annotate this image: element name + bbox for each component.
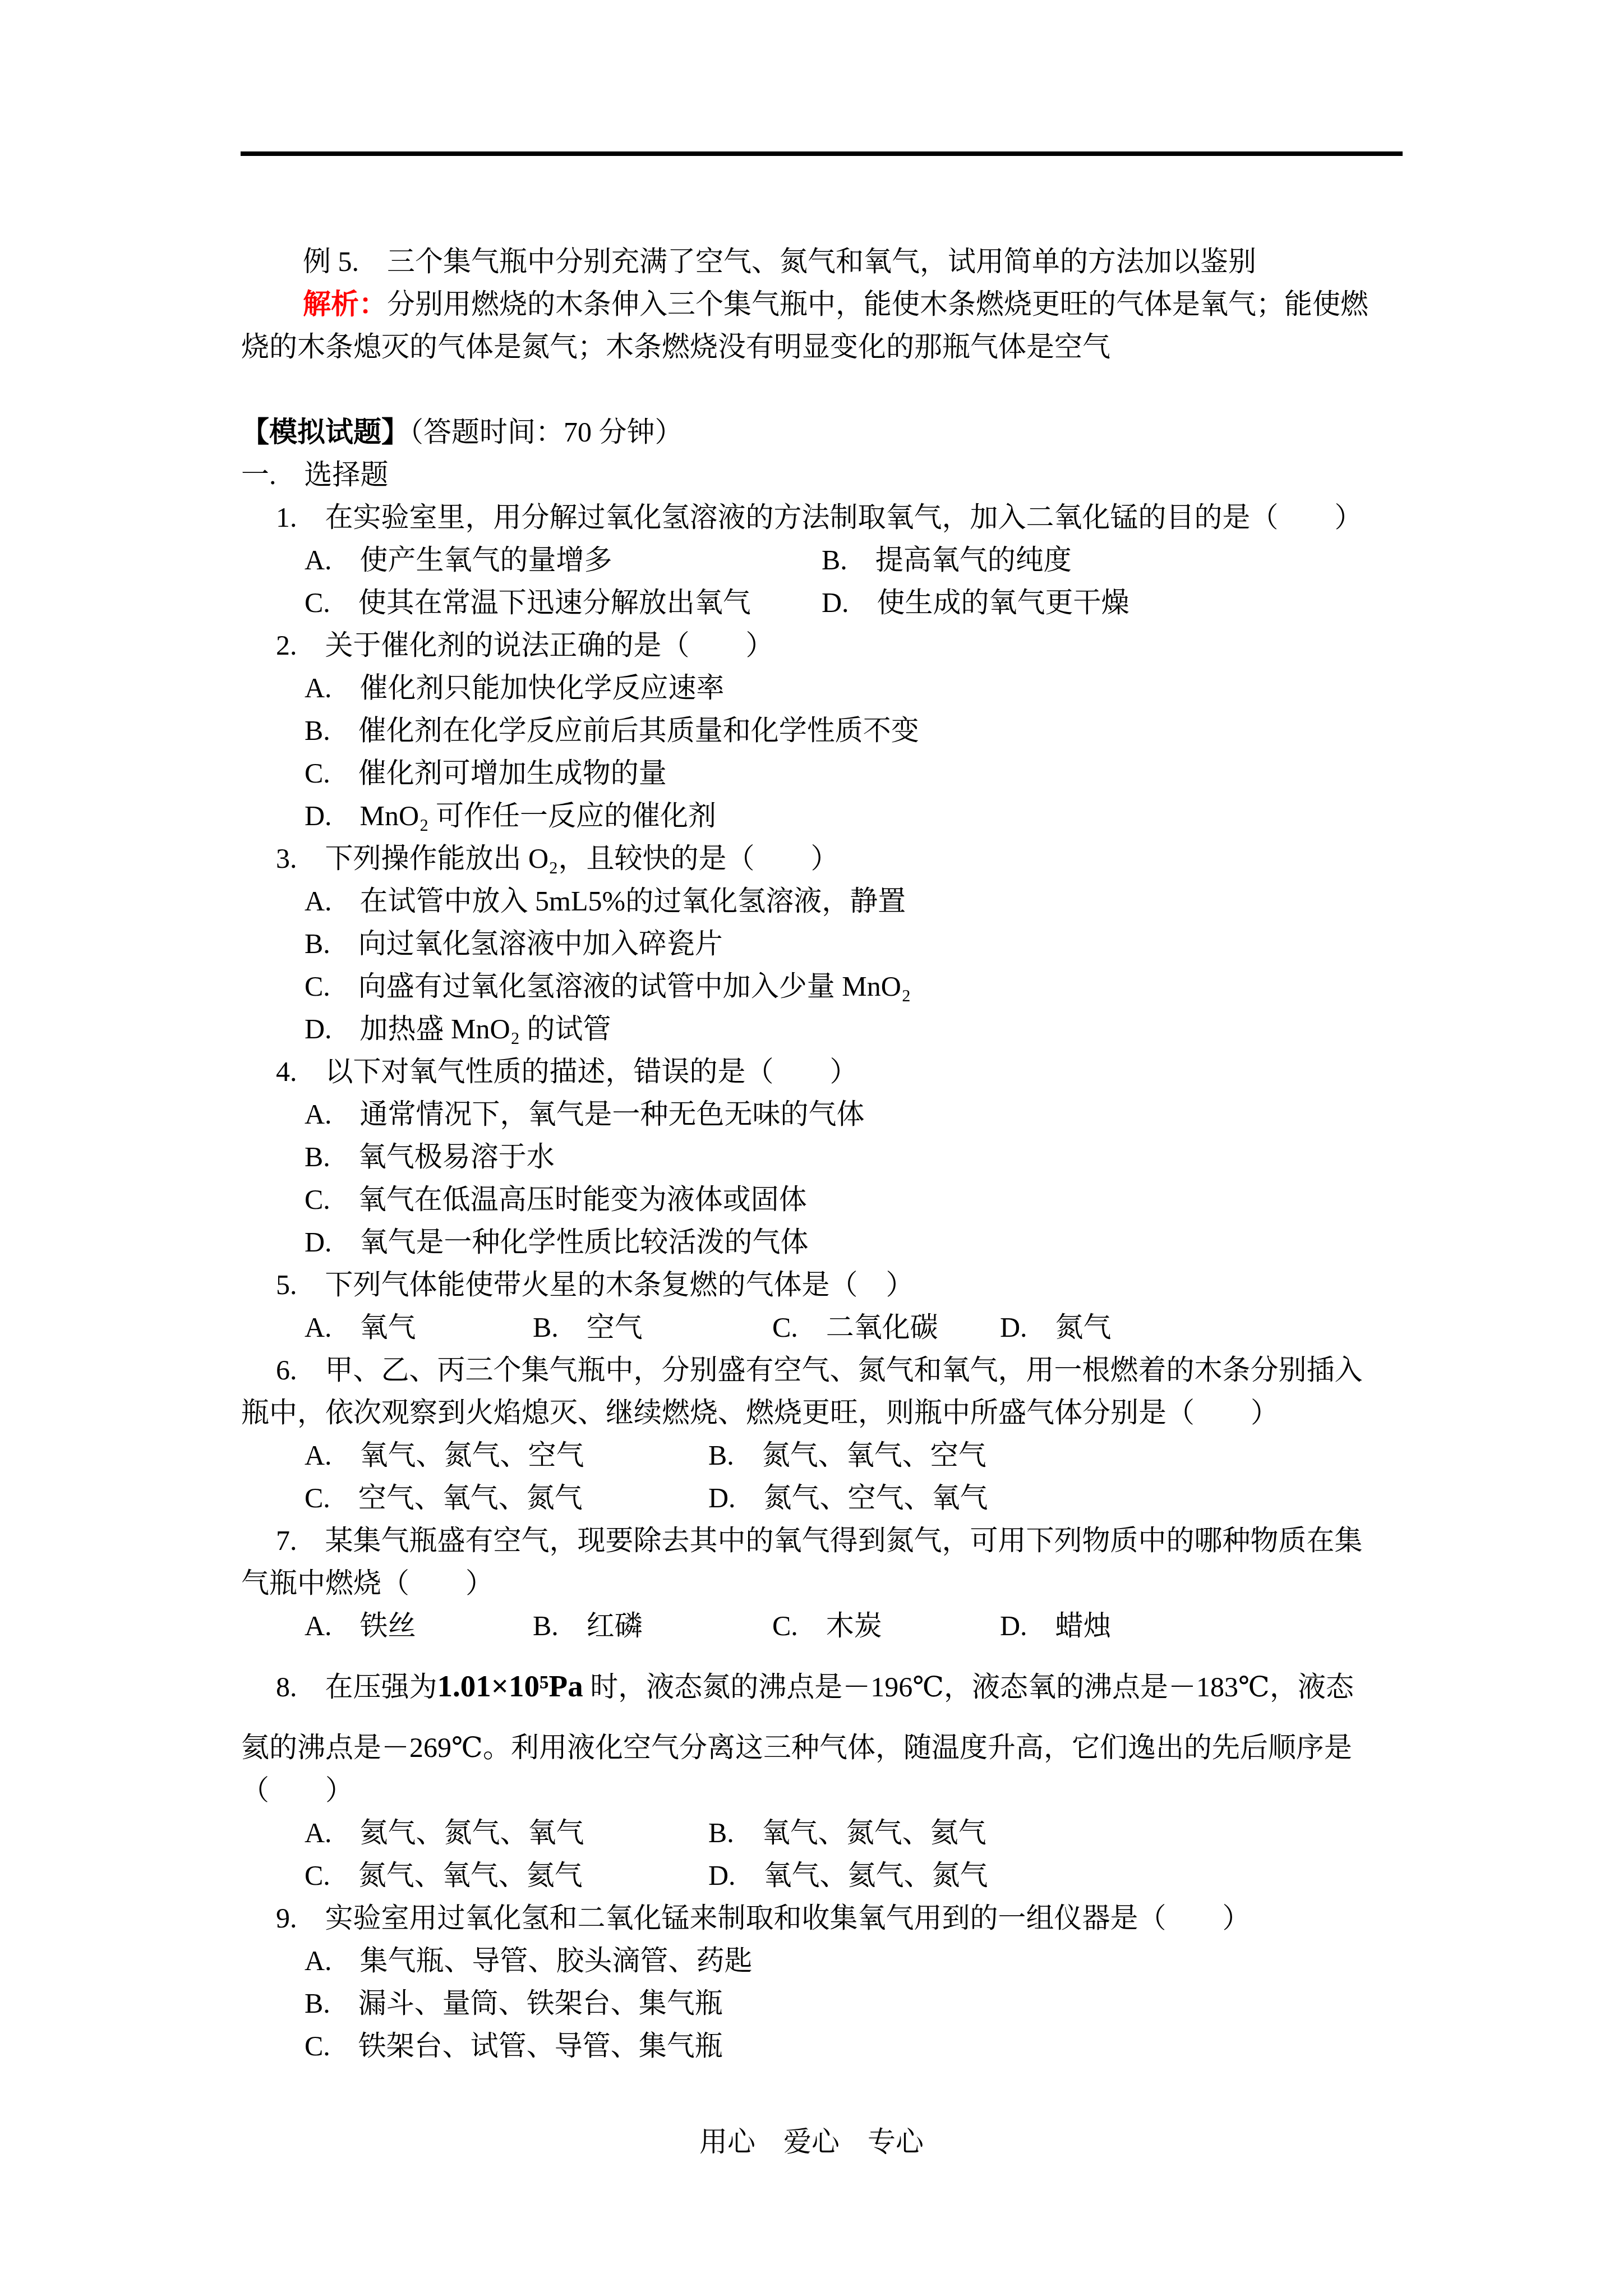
q8-stem-suffix: 时，液态氮的沸点是－196℃，液态氧的沸点是－183℃，液态 bbox=[583, 1671, 1354, 1703]
q1-option-b: B. 提高氧气的纯度 bbox=[822, 544, 1072, 576]
q8-stem-prefix: 8. 在压强为 bbox=[276, 1671, 437, 1703]
header-rule bbox=[241, 151, 1403, 156]
q5-option-a: A. 氧气 bbox=[305, 1306, 533, 1349]
example5-analysis-line1: 解析：分别用燃烧的木条伸入三个集气瓶中，能使木条燃烧更旺的气体是氧气；能使燃 bbox=[241, 283, 1475, 325]
q6-options-row2: C. 空气、氧气、氮气D. 氮气、空气、氧气 bbox=[241, 1476, 1475, 1519]
q2-stem: 2. 关于催化剂的说法正确的是（ ） bbox=[241, 624, 1475, 666]
q7-options-row: A. 铁丝B. 红磷C. 木炭D. 蜡烛 bbox=[241, 1604, 1475, 1647]
q7-option-d: D. 蜡烛 bbox=[1000, 1610, 1112, 1641]
q6-option-b: B. 氮气、氧气、空气 bbox=[708, 1439, 986, 1471]
q5-stem: 5. 下列气体能使带火星的木条复燃的气体是（ ） bbox=[241, 1263, 1475, 1306]
page-footer-motto: 用心 爱心 专心 bbox=[0, 2125, 1623, 2159]
q7-option-a: A. 铁丝 bbox=[305, 1604, 533, 1647]
q8-stem-line2: 氦的沸点是－269℃。利用液化空气分离这三种气体，随温度升高，它们逸出的先后顺序… bbox=[241, 1726, 1475, 1769]
q1-option-a: A. 使产生氧气的量增多 bbox=[305, 539, 822, 581]
q1-stem: 1. 在实验室里，用分解过氧化氢溶液的方法制取氧气，加入二氧化锰的目的是（ ） bbox=[241, 496, 1475, 539]
q9-option-a: A. 集气瓶、导管、胶头滴管、药匙 bbox=[241, 1939, 1475, 1982]
analysis-text-line1: 分别用燃烧的木条伸入三个集气瓶中，能使木条燃烧更旺的气体是氧气；能使燃 bbox=[387, 288, 1368, 320]
q2-option-c: C. 催化剂可增加生成物的量 bbox=[241, 752, 1475, 794]
q8-stem-line1: 8. 在压强为1.01×10⁵Pa 时，液态氮的沸点是－196℃，液态氧的沸点是… bbox=[241, 1647, 1475, 1726]
q7-option-b: B. 红磷 bbox=[533, 1604, 772, 1647]
q5-option-d: D. 氮气 bbox=[1000, 1312, 1112, 1343]
q3-option-b: B. 向过氧化氢溶液中加入碎瓷片 bbox=[241, 922, 1475, 965]
q8-option-b: B. 氧气、氮气、氦气 bbox=[708, 1817, 986, 1848]
q8-options-row1: A. 氦气、氮气、氧气B. 氧气、氮气、氦气 bbox=[241, 1811, 1475, 1854]
q9-stem: 9. 实验室用过氧化氢和二氧化锰来制取和收集氧气用到的一组仪器是（ ） bbox=[241, 1897, 1475, 1939]
q6-stem-line2: 瓶中，依次观察到火焰熄灭、继续燃烧、燃烧更旺，则瓶中所盛气体分别是（ ） bbox=[241, 1391, 1475, 1434]
analysis-label: 解析： bbox=[303, 288, 387, 320]
q4-stem: 4. 以下对氧气性质的描述，错误的是（ ） bbox=[241, 1050, 1475, 1093]
q5-option-c: C. 二氧化碳 bbox=[772, 1306, 1000, 1349]
q4-option-a: A. 通常情况下，氧气是一种无色无味的气体 bbox=[241, 1093, 1475, 1135]
q7-stem-line1: 7. 某集气瓶盛有空气，现要除去其中的氧气得到氮气，可用下列物质中的哪种物质在集 bbox=[241, 1519, 1475, 1562]
q4-option-d: D. 氧气是一种化学性质比较活泼的气体 bbox=[241, 1221, 1475, 1263]
q9-option-c: C. 铁架台、试管、导管、集气瓶 bbox=[241, 2024, 1475, 2067]
example5-prompt: 例 5. 三个集气瓶中分别充满了空气、氮气和氧气，试用简单的方法加以鉴别 bbox=[241, 240, 1475, 283]
q2-option-b: B. 催化剂在化学反应前后其质量和化学性质不变 bbox=[241, 709, 1475, 752]
mock-exam-time-note: （答题时间：70 分钟） bbox=[409, 416, 683, 448]
q7-option-c: C. 木炭 bbox=[772, 1604, 1000, 1647]
q2-option-a: A. 催化剂只能加快化学反应速率 bbox=[241, 666, 1475, 709]
q1-options-row2: C. 使其在常温下迅速分解放出氧气D. 使生成的氧气更干燥 bbox=[241, 581, 1475, 624]
q2-option-d: D. MnO₂ 可作任一反应的催化剂 bbox=[241, 794, 1475, 837]
q8-options-row2: C. 氮气、氧气、氦气D. 氧气、氦气、氮气 bbox=[241, 1854, 1475, 1897]
q1-options-row1: A. 使产生氧气的量增多B. 提高氧气的纯度 bbox=[241, 539, 1475, 581]
mock-exam-title: 【模拟试题】 bbox=[241, 416, 409, 448]
q9-option-b: B. 漏斗、量筒、铁架台、集气瓶 bbox=[241, 1982, 1475, 2024]
document-page: 例 5. 三个集气瓶中分别充满了空气、氮气和氧气，试用简单的方法加以鉴别 解析：… bbox=[0, 0, 1623, 2296]
example5-analysis-line2: 烧的木条熄灭的气体是氮气；木条燃烧没有明显变化的那瓶气体是空气 bbox=[241, 325, 1475, 368]
q8-option-a: A. 氦气、氮气、氧气 bbox=[305, 1811, 708, 1854]
q8-pressure-formula: 1.01×10⁵Pa bbox=[437, 1669, 583, 1703]
q6-option-a: A. 氧气、氮气、空气 bbox=[305, 1434, 708, 1476]
q3-option-d: D. 加热盛 MnO₂ 的试管 bbox=[241, 1007, 1475, 1050]
q3-option-c: C. 向盛有过氧化氢溶液的试管中加入少量 MnO₂ bbox=[241, 965, 1475, 1007]
q1-option-d: D. 使生成的氧气更干燥 bbox=[822, 587, 1129, 618]
q4-option-b: B. 氧气极易溶于水 bbox=[241, 1135, 1475, 1178]
document-body: 例 5. 三个集气瓶中分别充满了空气、氮气和氧气，试用简单的方法加以鉴别 解析：… bbox=[241, 240, 1475, 2067]
q4-option-c: C. 氧气在低温高压时能变为液体或固体 bbox=[241, 1178, 1475, 1221]
q8-option-c: C. 氮气、氧气、氦气 bbox=[305, 1854, 708, 1897]
q5-options-row: A. 氧气B. 空气C. 二氧化碳D. 氮气 bbox=[241, 1306, 1475, 1349]
q3-option-a: A. 在试管中放入 5mL5%的过氧化氢溶液，静置 bbox=[241, 880, 1475, 922]
spacer bbox=[241, 368, 1475, 411]
q6-option-c: C. 空气、氧气、氮气 bbox=[305, 1476, 708, 1519]
q7-stem-line2: 气瓶中燃烧（ ） bbox=[241, 1562, 1475, 1604]
q8-option-d: D. 氧气、氦气、氮气 bbox=[708, 1860, 988, 1891]
q1-option-c: C. 使其在常温下迅速分解放出氧气 bbox=[305, 581, 822, 624]
section-heading: 一. 选择题 bbox=[241, 453, 1475, 496]
q6-stem-line1: 6. 甲、乙、丙三个集气瓶中，分别盛有空气、氮气和氧气，用一根燃着的木条分别插入 bbox=[241, 1349, 1475, 1391]
q5-option-b: B. 空气 bbox=[533, 1306, 772, 1349]
q6-option-d: D. 氮气、空气、氧气 bbox=[708, 1482, 988, 1513]
q6-options-row1: A. 氧气、氮气、空气B. 氮气、氧气、空气 bbox=[241, 1434, 1475, 1476]
q3-stem: 3. 下列操作能放出 O₂，且较快的是（ ） bbox=[241, 837, 1475, 880]
q8-stem-line3: （ ） bbox=[241, 1769, 1475, 1811]
mock-exam-heading: 【模拟试题】（答题时间：70 分钟） bbox=[241, 411, 1475, 453]
